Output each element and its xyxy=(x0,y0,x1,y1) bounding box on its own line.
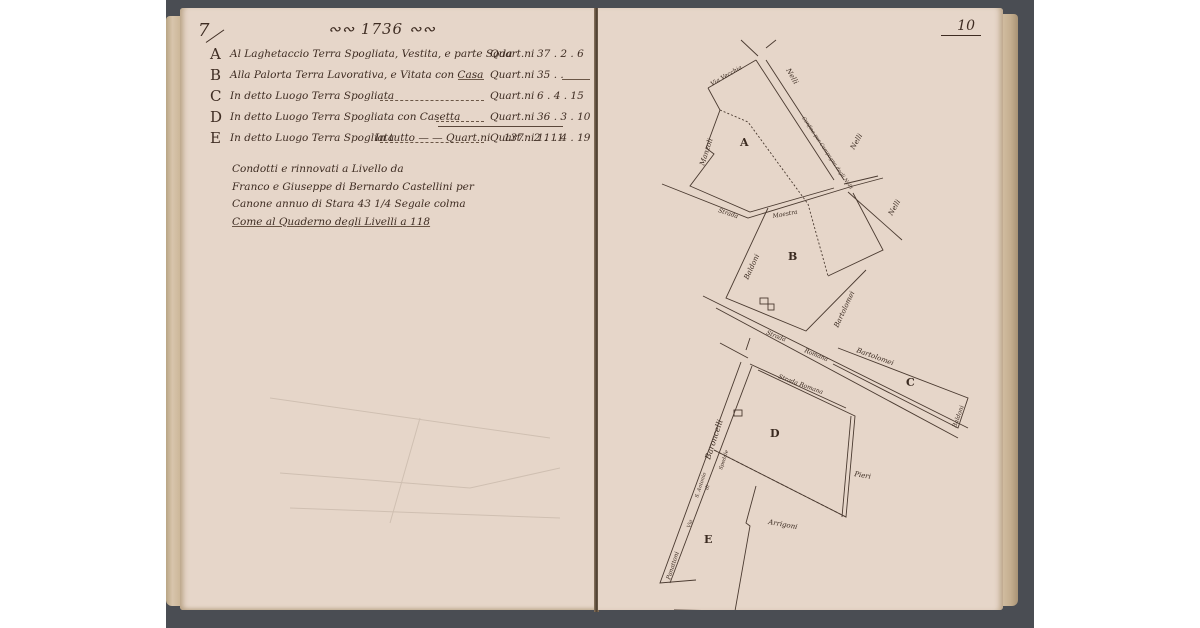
leader-dash xyxy=(458,79,484,80)
folio-number: 7 xyxy=(198,20,209,41)
parcel-letter: B xyxy=(210,66,221,84)
parcel-letter: D xyxy=(210,108,222,126)
year-text: 1736 xyxy=(361,20,403,38)
total-label: In tutto xyxy=(375,132,415,144)
map-parcel-d: D xyxy=(770,427,780,440)
total-rule xyxy=(438,126,563,127)
map-parcel-c: C xyxy=(906,376,915,389)
parcel-description: In detto Luogo Terra Spogliata xyxy=(230,132,394,144)
note-line: Canone annuo di Stara 43 1/4 Segale colm… xyxy=(232,196,492,214)
label-maestra: Maestra xyxy=(771,209,798,221)
total-row: In tutto — — Quart.ni 137 . 2 . 11 xyxy=(375,132,564,144)
total-amount: 137 . 2 . 11 xyxy=(504,132,564,144)
label-di: di xyxy=(704,484,711,491)
parcel-row-d: D In detto Luogo Terra Spogliata con Cas… xyxy=(210,106,590,127)
map-parcel-b: B xyxy=(788,250,797,263)
label-strada: Strada xyxy=(717,207,739,220)
bleed-through-drawing xyxy=(270,378,560,528)
year-heading: ∾∾ 1736 ∾∾ xyxy=(328,20,436,38)
parcel-row-a: A Al Laghetaccio Terra Spogliata, Vestit… xyxy=(210,43,590,64)
parcel-unit: Quart.ni xyxy=(490,69,534,81)
parcel-unit: Quart.ni xyxy=(490,48,534,60)
total-leader: — — xyxy=(418,132,446,144)
note-line: Condotti e rinnovati a Livello da xyxy=(232,161,492,179)
note-line: Come al Quaderno degli Livelli a 118 xyxy=(232,214,492,232)
note-line: Franco e Giuseppe di Bernardo Castellini… xyxy=(232,179,492,197)
parcel-map: A B C D E Via Vecchia Nelli Nelli Nelli … xyxy=(598,8,1003,610)
flourish-right-icon: ∾∾ xyxy=(403,20,436,38)
map-parcel-e: E xyxy=(704,533,712,546)
right-page: 10 xyxy=(598,8,1003,610)
parcel-row-c: C In detto Luogo Terra Spogliata Quart.n… xyxy=(210,85,590,106)
total-spacer xyxy=(494,132,501,144)
label-confine: Confine per Campagna degli Nelli xyxy=(800,116,853,191)
lease-note: Condotti e rinnovati a Livello da Franco… xyxy=(232,161,492,231)
parcel-amount: 37 . 2 . 6 xyxy=(537,48,584,60)
parcel-description: Al Laghetaccio Terra Spogliata, Vestita,… xyxy=(230,48,512,60)
label-strada: Strada xyxy=(765,329,787,343)
left-page: 7 ∾∾ 1736 ∾∾ A Al Laghetaccio Terra Spog… xyxy=(180,8,596,610)
total-unit: Quart.ni xyxy=(446,132,490,144)
label-nelli: Nelli xyxy=(886,198,902,218)
parcel-unit: Quart.ni xyxy=(490,111,534,123)
leader-dash xyxy=(436,121,484,122)
leader-dash xyxy=(562,79,590,80)
parcel-unit: Quart.ni xyxy=(490,90,534,102)
parcel-amount: 35 . . xyxy=(537,69,564,81)
parcel-letter: C xyxy=(210,87,221,105)
label-panattoni: Panattoni xyxy=(665,551,681,582)
label-nelli: Nelli xyxy=(848,132,864,152)
label-baroncelli: Baroncelli xyxy=(703,418,725,461)
label-arrigoni: Arrigoni xyxy=(767,518,798,531)
parcel-description: Alla Palorta Terra Lavorativa, e Vitata … xyxy=(230,69,483,81)
parcel-description: In detto Luogo Terra Spogliata con Caset… xyxy=(230,111,460,123)
map-parcel-a: A xyxy=(739,136,749,149)
label-nelli: Nelli xyxy=(784,66,800,86)
flourish-left-icon: ∾∾ xyxy=(328,20,361,38)
open-ledger-book: 7 ∾∾ 1736 ∾∾ A Al Laghetaccio Terra Spog… xyxy=(180,8,1018,620)
parcel-amount: 36 . 3 . 10 xyxy=(537,111,590,123)
label-pieri: Pieri xyxy=(853,470,872,481)
label-via-vecchia: Via Vecchia xyxy=(710,64,744,88)
leader-dash xyxy=(380,100,484,101)
parcel-row-b: B Alla Palorta Terra Lavorativa, e Vitat… xyxy=(210,64,590,85)
parcel-letter: E xyxy=(210,129,221,147)
label-romana: Romana xyxy=(802,347,829,363)
label-bartolomei: Bartolomei xyxy=(832,290,856,330)
parcel-letter: A xyxy=(210,45,221,63)
label-strada-romana: Strada Romana xyxy=(777,373,824,396)
parcel-description: In detto Luogo Terra Spogliata xyxy=(230,90,394,102)
parcel-amount: 6 . 4 . 15 xyxy=(537,90,584,102)
